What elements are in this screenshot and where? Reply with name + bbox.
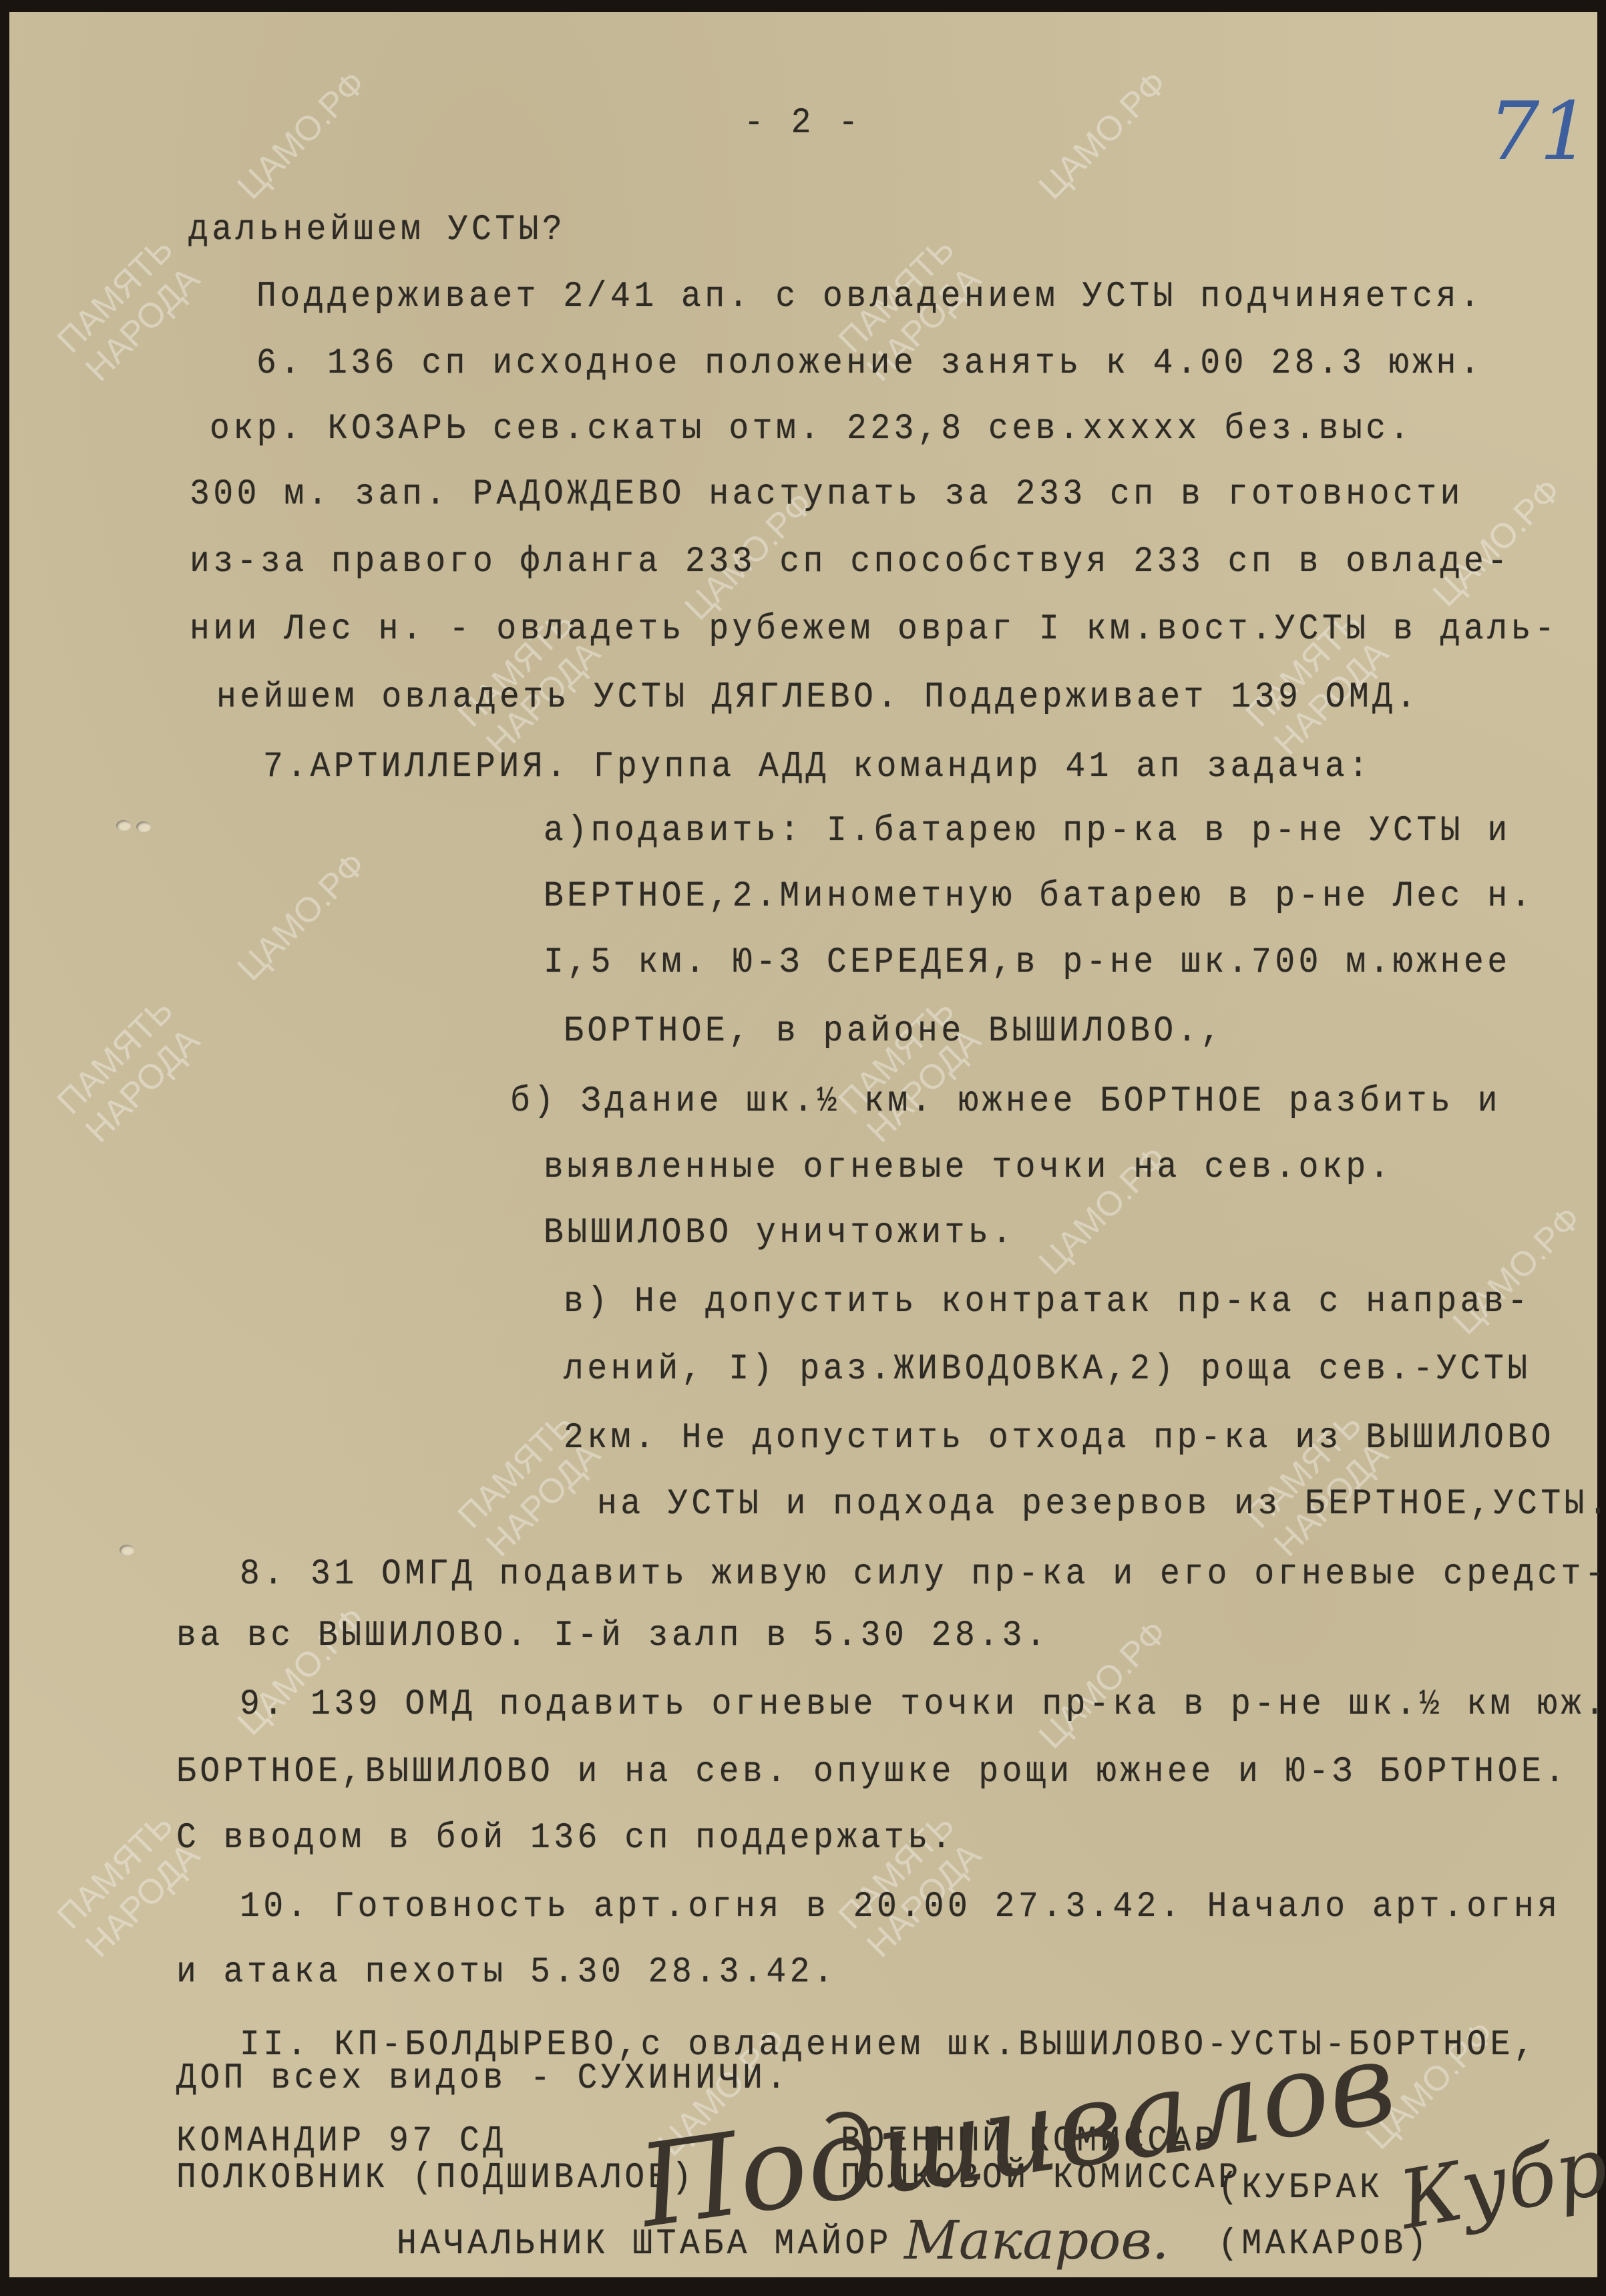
chief-of-staff-title: НАЧАЛЬНИК ШТАБА МАЙОР [397,2227,892,2263]
text-line: нии Лес н. - овладеть рубежем овраг I км… [190,612,1558,648]
watermark-camo: ЦАМО.РФ [230,63,374,208]
watermark-camo: ЦАМО.РФ [1031,63,1175,208]
text-line: 2км. Не допустить отхода пр-ка из ВЫШИЛО… [564,1420,1555,1457]
text-line: окр. КОЗАРЬ сев.скаты отм. 223,8 сев.ххх… [210,411,1413,447]
commissar-signature: Кубрак [1392,2103,1606,2247]
archive-page-number: 71 [1488,85,1591,178]
punch-hole [136,821,151,832]
text-line: лений, I) раз.ЖИВОДОВКА,2) роща сев.-УСТ… [564,1352,1531,1388]
commander-title: КОМАНДИР 97 СД [176,2124,507,2160]
text-line: на УСТЫ и подхода резервов из БЕРТНОЕ,УС… [597,1487,1606,1523]
punch-hole [116,820,131,831]
text-line: б) Здание шк.½ км. южнее БОРТНОЕ разбить… [510,1084,1501,1120]
text-line: нейшем овладеть УСТЫ ДЯГЛЕВО. Поддержива… [216,680,1420,716]
watermark-camo: ЦАМО.РФ [230,845,374,989]
text-line: 300 м. зап. РАДОЖДЕВО наступать за 233 с… [190,477,1464,513]
text-line: выявленные огневые точки на сев.окр. [544,1150,1393,1186]
page-marker: - 2 - [744,106,862,142]
text-line: ВЫШИЛОВО уничтожить. [544,1215,1016,1252]
text-line: ва вс ВЫШИЛОВО. I-й залп в 5.30 28.3. [176,1618,1049,1654]
watermark-memory: ПАМЯТЬНАРОДА [49,990,210,1151]
punch-hole [120,1545,134,1555]
text-line: ВЕРТНОЕ,2.Минометную батарею в р-не Лес … [544,879,1535,915]
text-line: 7.АРТИЛЛЕРИЯ. Группа АДД командир 41 ап … [263,749,1372,785]
text-line: ДОП всех видов - СУХИНИЧИ. [176,2061,790,2097]
chief-of-staff-signature: Макаров. [904,2209,1169,2271]
text-line: I,5 км. Ю-З СЕРЕДЕЯ,в р-не шк.700 м.южне… [544,945,1511,981]
text-line: а)подавить: I.батарею пр-ка в р-не УСТЫ … [544,813,1511,849]
watermark-memory: ПАМЯТЬНАРОДА [49,229,210,389]
chief-of-staff-name: (МАКАРОВ) [1218,2227,1430,2263]
text-line: 6. 136 сп исходное положение занять к 4.… [256,346,1483,382]
text-line: Поддерживает 2/41 ап. с овладением УСТЫ … [256,279,1483,315]
text-line: С вводом в бой 136 сп поддержать. [176,1821,955,1857]
text-line: БОРТНОЕ, в районе ВЫШИЛОВО., [564,1014,1224,1050]
text-line: и атака пехоты 5.30 28.3.42. [176,1955,837,1991]
text-line: 10. Готовность арт.огня в 20.00 27.3.42.… [240,1889,1561,1925]
document-page: ЦАМО.РФ ЦАМО.РФ ЦАМО.РФ ЦАМО.РФ ЦАМО.РФ … [9,12,1597,2277]
text-line: в) Не допустить контратак пр-ка с направ… [564,1284,1531,1320]
commander-rank: ПОЛКОВНИК (ПОДШИВАЛОВ) [176,2160,695,2196]
text-line: дальнейшем УСТЫ? [188,212,566,248]
text-line: из-за правого фланга 233 сп способствуя … [190,544,1511,580]
text-line: 9. 139 ОМД подавить огневые точки пр-ка … [240,1687,1606,1723]
text-line: БОРТНОЕ,ВЫШИЛОВО и на сев. опушке рощи ю… [176,1754,1569,1790]
text-line: 8. 31 ОМГД подавить живую силу пр-ка и е… [240,1557,1606,1593]
